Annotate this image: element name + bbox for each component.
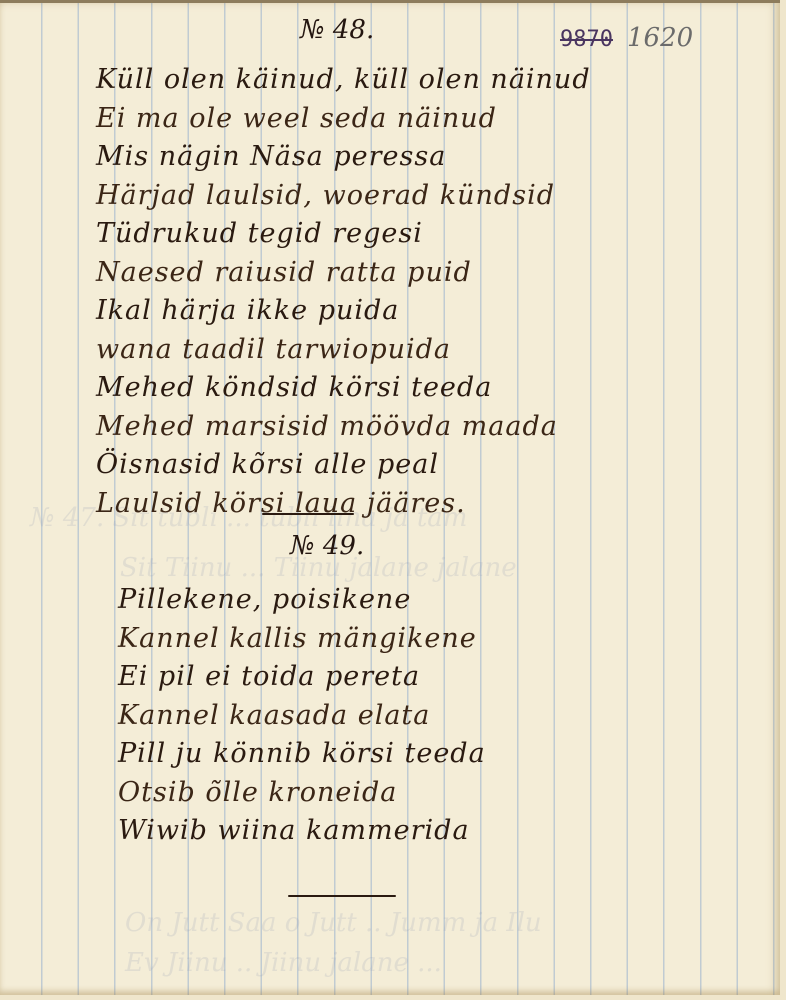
song-verse-49: Pillekene, poisikene Kannel kallis mängi…: [118, 581, 486, 851]
catalog-number: 1620: [627, 23, 693, 53]
bleed-through-text: Ev Jiinu .. Jiinu jalane ...: [125, 948, 442, 978]
catalog-number-group: 9870 1620: [560, 23, 693, 53]
verse-line: Mehed köndsid körsi teeda: [96, 369, 591, 408]
verse-line: Wiwib wiina kammerida: [118, 812, 486, 851]
verse-line: Pill ju könnib körsi teeda: [118, 735, 486, 774]
bleed-through-text: On Jutt Saa o Jutt .. Jumm ja Ilu: [125, 908, 542, 938]
verse-line: Härjad laulsid, woerad kündsid: [96, 177, 591, 216]
verse-line: Otsib õlle kroneida: [118, 774, 486, 813]
verse-line: Tüdrukud tegid regesi: [96, 215, 591, 254]
song-number-heading: № 49.: [290, 531, 364, 561]
song-number-heading: № 48.: [300, 15, 374, 45]
struck-catalog-number: 9870: [560, 27, 613, 52]
verse-line: Öisnasid kõrsi alle peal: [96, 446, 591, 485]
song-verse-48: Küll olen käinud, küll olen näinud Ei ma…: [96, 61, 591, 523]
manuscript-page: № 47. Sit tubli ... tubli lina ja tam Si…: [0, 0, 780, 995]
verse-line: Pillekene, poisikene: [118, 581, 486, 620]
verse-line: Kannel kaasada elata: [118, 697, 486, 736]
verse-line: wana taadil tarwiopuida: [96, 331, 591, 370]
verse-line: Ikal härja ikke puida: [96, 292, 591, 331]
song-divider: [288, 895, 396, 897]
verse-line: Mis nägin Näsa peressa: [96, 138, 591, 177]
song-divider: [262, 513, 354, 515]
verse-line: Ei pil ei toida pereta: [118, 658, 486, 697]
verse-line: Naesed raiusid ratta puid: [96, 254, 591, 293]
verse-line: Ei ma ole weel seda näinud: [96, 100, 591, 139]
verse-line: Laulsid körsi laua jääres.: [96, 485, 591, 524]
verse-line: Küll olen käinud, küll olen näinud: [96, 61, 591, 100]
verse-line: Mehed marsisid möövda maada: [96, 408, 591, 447]
verse-line: Kannel kallis mängikene: [118, 620, 486, 659]
